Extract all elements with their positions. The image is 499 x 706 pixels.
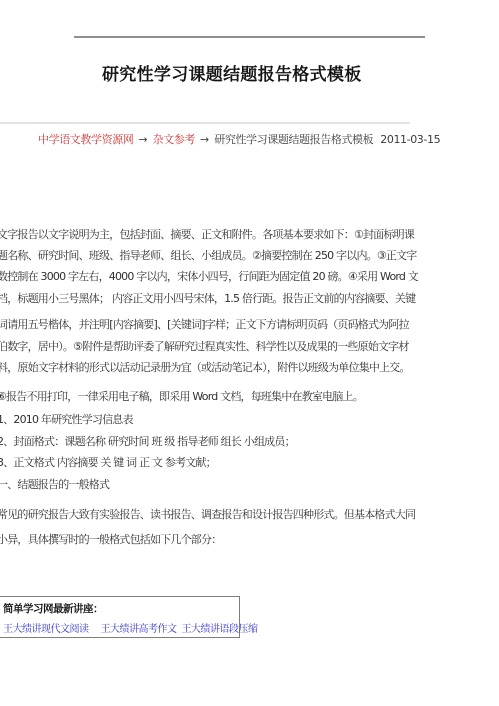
promo-links: 王大绩讲现代文阅读王大绩讲高考作文王大绩讲语段压缩 (3, 620, 239, 635)
body-line: 档，标题用小三号黑体； 内容正文用小四号宋体，1.5 倍行距。报告正文前的内容摘… (0, 292, 415, 305)
promo-link-modern-reading[interactable]: 王大绩讲现代文阅读 (3, 624, 89, 635)
body-line-item: 2、封面格式：课题名称 研究时间 班 级 指导老师 组长 小组成员； (0, 435, 295, 448)
breadcrumb-current: 研究性学习课题结题报告格式模板 (214, 133, 373, 146)
body-line: 伯数字，居中）。⑤附件是帮助评委了解研究过程真实性、科学性以及成果的一些原始文字… (0, 340, 409, 353)
page-title: 研究性学习课题结题报告格式模板 (102, 60, 362, 85)
body-line: 数控制在 3000 字左右，4000 字以内，宋体小四号，行间距为固定值 20 … (0, 270, 418, 283)
body-line: 文字报告以文字说明为主，包括封面、摘要、正文和附件。各项基本要求如下：①封面标明… (0, 228, 414, 241)
article-page: 研究性学习课题结题报告格式模板 中学语文教学资源网→杂文参考→研究性学习课题结题… (0, 0, 499, 706)
body-line: 题名称、研究时间、班级、指导老师、组长、小组成员。②摘要控制在 250 字以内。… (0, 249, 417, 262)
body-line: 料，原始文字材料的形式以活动记录册为宜（或活动笔记本），附件以班级为单位集中上交… (0, 361, 410, 374)
breadcrumb-arrow-icon: → (200, 133, 209, 146)
body-line: 小异，具体撰写时的一般格式包括如下几个部分： (0, 533, 221, 546)
breadcrumb-link-site[interactable]: 中学语文教学资源网 (38, 133, 133, 146)
promo-link-gaokao-writing[interactable]: 王大绩讲高考作文 (101, 624, 177, 635)
breadcrumb-link-category[interactable]: 杂文参考 (153, 133, 195, 146)
body-line: ⑥报告不用打印，一律采用电子稿，即采用 Word 文档，每班集中在教室电脑上。 (0, 390, 363, 403)
body-section-heading: 一、结题报告的一般格式 (0, 478, 109, 491)
breadcrumb-date: 2011-03-15 (380, 133, 440, 146)
promo-link-passage-compression[interactable]: 王大绩讲语段压缩 (182, 624, 258, 635)
body-line: 词请用五号楷体，并注明[内容摘要]、[关键词]字样；正文下方请标明页码（页码格式… (0, 318, 409, 331)
body-line-item: 1、2010 年研究性学习信息表 (0, 413, 133, 426)
breadcrumb: 中学语文教学资源网→杂文参考→研究性学习课题结题报告格式模板2011-03-15 (38, 131, 440, 147)
promo-box: 简单学习网最新讲座： 王大绩讲现代文阅读王大绩讲高考作文王大绩讲语段压缩 (0, 596, 240, 638)
body-line-item: 3、正文格式 内容摘要 关 键 词 正 文 参考文献； (0, 456, 216, 469)
body-line: 常见的研究报告大致有实验报告、读书报告、调查报告和设计报告四种形式。但基本格式大… (0, 508, 415, 521)
breadcrumb-arrow-icon: → (138, 133, 147, 146)
header-divider (0, 122, 410, 124)
top-divider (74, 36, 425, 38)
promo-heading: 简单学习网最新讲座： (3, 601, 239, 616)
